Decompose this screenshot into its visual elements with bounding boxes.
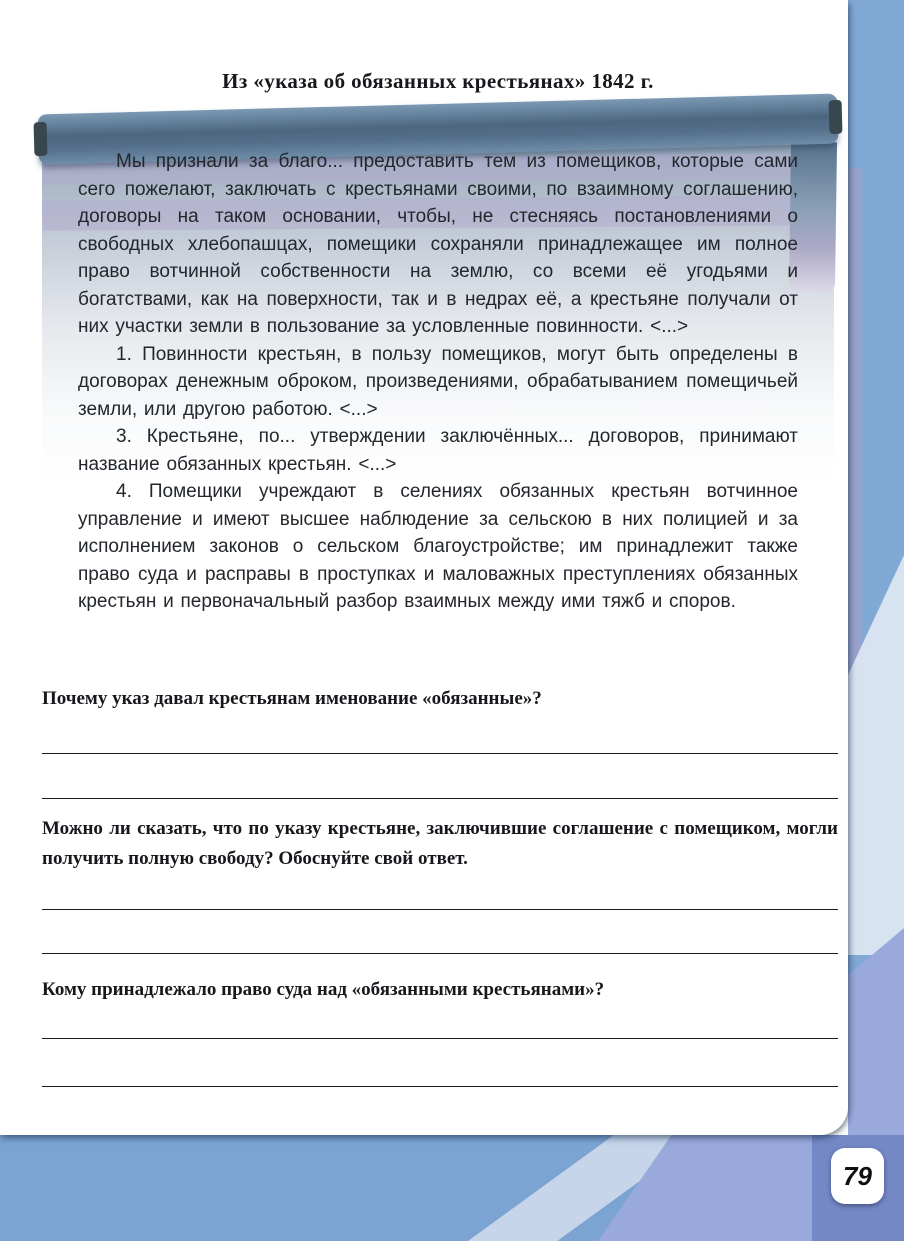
page-number: 79 [843, 1161, 872, 1192]
scroll-left-cap [34, 122, 48, 156]
question-1: Почему указ давал крестьянам именование … [42, 684, 838, 714]
answer-line [42, 1038, 838, 1039]
decree-paragraph: Мы признали за благо... предоставить тем… [78, 148, 798, 341]
decree-scroll: Мы признали за благо... предоставить тем… [38, 96, 838, 674]
right-margin-decoration [848, 0, 904, 1241]
decree-paragraph: 4. Помещики учреждают в селениях обязанн… [78, 478, 798, 616]
decree-paragraph: 1. Повинности крестьян, в пользу помещик… [78, 341, 798, 424]
answer-line [42, 1086, 838, 1087]
decree-paragraph: 3. Крестьяне, по... утверждении заключён… [78, 423, 798, 478]
answer-line [42, 953, 838, 954]
question-3: Кому принадлежало право суда над «обязан… [42, 975, 838, 1005]
scroll-right-cap [829, 100, 843, 134]
page-title: Из «указа об обязанных крестьянах» 1842 … [38, 69, 838, 94]
question-2: Можно ли сказать, что по указу крестьяне… [42, 814, 838, 874]
bottom-margin-decoration [0, 1135, 904, 1241]
answer-line [42, 909, 838, 910]
answer-line [42, 753, 838, 754]
page-number-badge: 79 [831, 1148, 884, 1204]
answer-line [42, 798, 838, 799]
margin-periwinkle-shape [848, 928, 904, 1143]
decree-text: Мы признали за благо... предоставить тем… [78, 148, 798, 616]
